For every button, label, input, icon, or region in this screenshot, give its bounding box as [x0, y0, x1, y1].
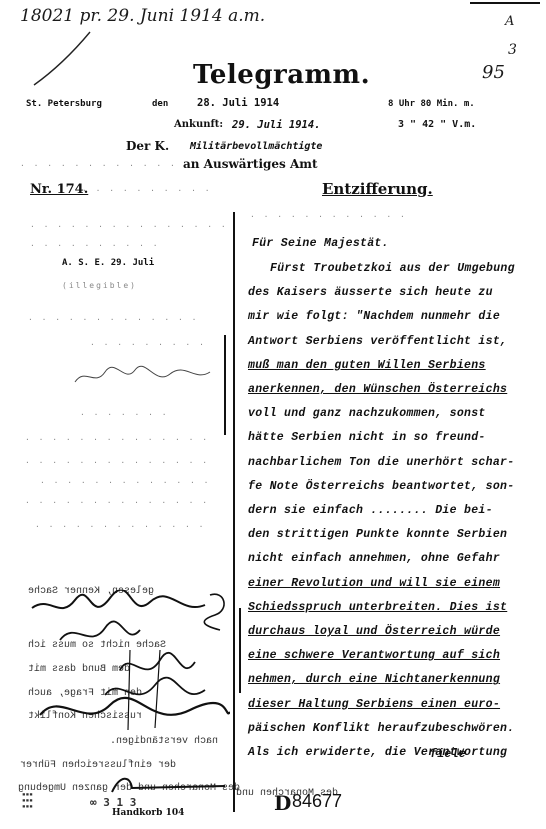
- faint-line: · · · · · · · · · ·: [30, 241, 160, 250]
- faint-line: · · · · · · · · · · · · · ·: [25, 458, 209, 467]
- stamp-line: A. S. E. 29. Juli: [62, 258, 154, 268]
- faint-line: · · · · · · · · · · · · · · ·: [30, 222, 228, 231]
- faint-line: · · · · · · · · · · · · ·: [35, 522, 205, 531]
- deciphered-line: nachbarlichem Ton die unerhört schar-: [248, 456, 514, 469]
- handwritten-reference: 18021 pr. 29. Juni 1914 a.m.: [20, 6, 265, 26]
- faint-line: · · · · · · · · · · · · ·: [28, 315, 198, 324]
- stamp-number: 84677: [292, 791, 342, 812]
- arrival-time: 3 " 42 " V.m.: [398, 119, 476, 130]
- document-title: Telegramm.: [193, 60, 370, 90]
- signature-scribble-icon: [70, 362, 230, 392]
- deciphered-line: mir wie folgt: "Nachdem nunmehr die: [248, 310, 500, 323]
- deciphered-line: durchaus loyal und Österreich würde: [248, 625, 500, 638]
- deciphered-line: dern sie einfach ........ Die bei-: [248, 504, 493, 517]
- recipient: an Auswärtiges Amt: [183, 157, 318, 171]
- corner-mark-a: A: [505, 14, 514, 29]
- deciphered-line: Fürst Troubetzkoi aus der Umgebung: [270, 262, 515, 275]
- faint-line: · · · · · · · · · · · ·: [250, 212, 407, 221]
- archive-number: Handkorb 104: [112, 808, 184, 818]
- handwritten-stroke-icon: [30, 30, 100, 90]
- deciphered-line: fiele: [430, 748, 466, 761]
- deciphered-line: den strittigen Punkte konnte Serbien: [248, 528, 507, 541]
- archive-initials: ▪▪▪▪▪▪▪▪▪: [22, 792, 33, 810]
- salutation: Für Seine Majestät.: [252, 237, 389, 250]
- decipher-heading: Entzifferung.: [322, 180, 433, 198]
- faint-line: · · · · · · · · · ·: [82, 186, 212, 195]
- deciphered-line: einer Revolution und will sie einem: [248, 577, 500, 590]
- deciphered-line: Antwort Serbiens veröffentlicht ist,: [248, 335, 507, 348]
- deciphered-line: anerkennen, den Wünschen Österreichs: [248, 383, 507, 396]
- sent-time: 8 Uhr 80 Min. m.: [388, 99, 475, 109]
- stamp-letter: D: [274, 791, 291, 815]
- deciphered-line: eine schwere Verantwortung auf sich: [248, 649, 500, 662]
- deciphered-line: muß man den guten Willen Serbiens: [248, 359, 486, 372]
- deciphered-line: päischen Konflikt heraufzubeschwören.: [248, 722, 514, 735]
- faint-line: · · · · · · · · · · · ·: [20, 161, 177, 170]
- faint-line: · · · · · · · · · · · · · ·: [25, 435, 209, 444]
- corner-mark-3: 3: [508, 42, 517, 58]
- handwritten-annotation-icon: [30, 590, 230, 740]
- faint-line: · · · · · · · · ·: [90, 340, 206, 349]
- faint-line: · · · · · · ·: [80, 410, 169, 419]
- sent-date: 28. Juli 1914: [197, 97, 279, 109]
- deciphered-line: voll und ganz nachzukommen, sonst: [248, 407, 486, 420]
- deciphered-line: nehmen, durch eine Nichtanerkennung: [248, 673, 500, 686]
- origin-place: St. Petersburg: [26, 99, 102, 109]
- sender: Militärbevollmächtigte: [190, 141, 322, 152]
- deciphered-line: fe Note Österreichs beantwortet, son-: [248, 480, 514, 493]
- stamp-line-2: (illegible): [62, 281, 137, 290]
- deciphered-line: Schiedsspruch unterbreiten. Dies ist: [248, 601, 507, 614]
- arrival-date: 29. Juli 1914.: [232, 119, 321, 131]
- deciphered-line: Als ich erwiderte, die Verantwortung: [248, 746, 507, 759]
- mirror-line: der einflussreichen Führer: [20, 752, 176, 771]
- column-divider: [233, 212, 235, 812]
- faint-line: · · · · · · · · · · · · ·: [40, 478, 210, 487]
- deciphered-line: des Kaisers äusserte sich heute zu: [248, 286, 493, 299]
- deciphered-line: dieser Haltung Serbiens einen euro-: [248, 698, 500, 711]
- sender-prefix: Der K.: [126, 139, 169, 153]
- faint-line: · · · · · · · · · · · · · ·: [25, 498, 209, 507]
- arrival-label: Ankunft:: [174, 119, 223, 130]
- deciphered-line: hätte Serbien nicht in so freund-: [248, 431, 486, 444]
- corner-mark-95: 95: [482, 62, 505, 83]
- telegram-number: Nr. 174.: [30, 182, 88, 197]
- deciphered-line: nicht einfach annehmen, ohne Gefahr: [248, 552, 500, 565]
- sent-label: den: [152, 99, 168, 109]
